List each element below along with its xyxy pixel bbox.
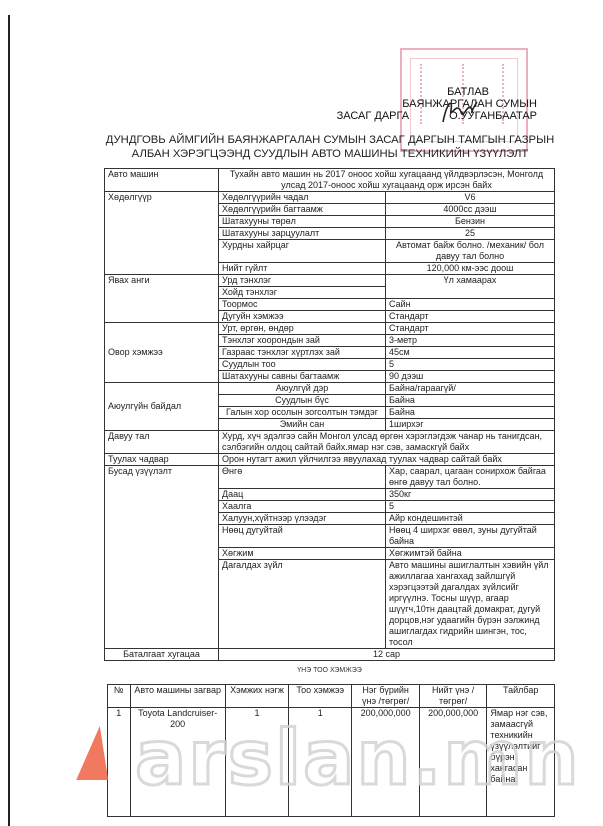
group-label-other: Бусад үзүүлэлт	[105, 466, 219, 649]
spec-value: 350кг	[386, 489, 555, 501]
spec-value: Байна	[386, 407, 555, 419]
spec-value: Нөөц 4 ширхэг өвөл, зуны дугуйтай байна	[386, 525, 555, 548]
column-header: Нэг бүрийн үнэ /төгрөг/	[352, 685, 420, 708]
spec-key: Аюулгүй дэр	[219, 383, 386, 395]
spec-value: 4000сс дээш	[386, 204, 555, 216]
column-header: №	[108, 685, 131, 708]
spec-key: Даац	[219, 489, 386, 501]
spec-value: 90 дээш	[386, 371, 555, 383]
title-line-2: АЛБАН ХЭРЭГЦЭЭНД СУУДЛЫН АВТО МАШИНЫ ТЕХ…	[100, 147, 560, 161]
spec-key: Хөдөлгүүрийн чадал	[219, 192, 386, 204]
row-label: Туулах чадвар	[105, 454, 219, 466]
spec-key: Шатахууны зарцуулалт	[219, 228, 386, 240]
spec-value: 1ширхэг	[386, 419, 555, 431]
row-label: Авто машин	[105, 169, 219, 192]
table-row: Хөдөлгүүр Хөдөлгүүрийн чадал V6	[105, 192, 555, 204]
spec-value: Айр кондешинтэй	[386, 513, 555, 525]
group-label-engine: Хөдөлгүүр	[105, 192, 219, 275]
row-label: Баталгаат хугацаа	[105, 649, 219, 661]
signature-icon	[437, 96, 481, 126]
spec-key: Дагалдах зүйл	[219, 560, 386, 649]
spec-value: Хөгжимтэй байна	[386, 548, 555, 560]
spec-key: Эмийн сан	[219, 419, 386, 431]
page-edge-line	[8, 15, 10, 826]
spec-key: Өнгө	[219, 466, 386, 489]
approval-role: ЗАСАГ ДАРГА	[337, 110, 409, 122]
table-row: Авто машин Тухайн авто машин нь 2017 оно…	[105, 169, 555, 192]
spec-key: Газраас тэнхлэг хүртлэх зай	[219, 347, 386, 359]
table-row: Баталгаат хугацаа 12 сар	[105, 649, 555, 661]
column-header: Тайлбар	[487, 685, 555, 708]
spec-key: Тоормос	[219, 299, 386, 311]
spec-key: Дугуйн хэмжээ	[219, 311, 386, 323]
title-line-1: ДУНДГОВЬ АЙМГИЙН БАЯНЖАРГАЛАН СУМЫН ЗАСА…	[100, 133, 560, 147]
spec-value: 45см	[386, 347, 555, 359]
cell-number: 1	[108, 708, 131, 817]
spec-key: Тэнхлэг хоорондын зай	[219, 335, 386, 347]
row-value: Хурд, хүч эдэлгээ сайн Монгол улсад өргө…	[219, 431, 555, 454]
spec-key: Урт, өргөн, өндөр	[219, 323, 386, 335]
spec-value: Стандарт	[386, 311, 555, 323]
document-title: ДУНДГОВЬ АЙМГИЙН БАЯНЖАРГАЛАН СУМЫН ЗАСА…	[100, 133, 560, 161]
table-row: Бусад үзүүлэлт Өнгө Хар, саарал, цагаан …	[105, 466, 555, 489]
spec-key: Шатахууны төрөл	[219, 216, 386, 228]
spec-value: 3-метр	[386, 335, 555, 347]
watermark-text: arslan.mn	[135, 718, 581, 798]
spec-key: Галын хор осолын зогсолтын тэмдэг	[219, 407, 386, 419]
spec-key: Суудлын тоо	[219, 359, 386, 371]
spec-key: Урд тэнхлэг	[219, 275, 386, 287]
column-header: Хэмжих нэгж	[225, 685, 288, 708]
row-label: Давуу тал	[105, 431, 219, 454]
spec-key: Халуун,хүйтнээр үлээдэг	[219, 513, 386, 525]
price-section-title: ҮНЭ ТОО ХЭМЖЭЭ	[104, 667, 555, 674]
column-header: Авто машины загвар	[130, 685, 225, 708]
spec-key: Хөгжим	[219, 548, 386, 560]
column-header: Нийт үнэ /төгрөг/	[419, 685, 487, 708]
table-row: Туулах чадвар Орон нутагт ажил үйлчилгээ…	[105, 454, 555, 466]
table-row: Давуу тал Хурд, хүч эдэлгээ сайн Монгол …	[105, 431, 555, 454]
spec-value: Хар, саарал, цагаан сонирхож байгаа өнгө…	[386, 466, 555, 489]
spec-value: Байна	[386, 395, 555, 407]
spec-key: Хойд тэнхлэг	[219, 287, 386, 299]
spec-value: Бензин	[386, 216, 555, 228]
spec-value: Үл хамаарах	[386, 275, 555, 299]
spec-table: Авто машин Тухайн авто машин нь 2017 оно…	[104, 168, 555, 661]
spec-value: 25	[386, 228, 555, 240]
spec-key: Шатахууны савны багтаамж	[219, 371, 386, 383]
row-value: Орон нутагт ажил үйлчилгээ явуулахад туу…	[219, 454, 555, 466]
spec-key: Хөдөлгүүрийн багтаамж	[219, 204, 386, 216]
table-row: Аюулгүйн байдал Аюулгүй дэр Байна/гарааг…	[105, 383, 555, 395]
spec-value: 5	[386, 501, 555, 513]
group-label-dimensions: Овор хэмжээ	[105, 323, 219, 383]
spec-value: V6	[386, 192, 555, 204]
table-row: Явах анги Урд тэнхлэг Үл хамаарах	[105, 275, 555, 287]
spec-key: Хаалга	[219, 501, 386, 513]
spec-key: Суудлын бүс	[219, 395, 386, 407]
table-header-row: № Авто машины загвар Хэмжих нэгж Тоо хэм…	[108, 685, 555, 708]
spec-key: Нөөц дугуйтай	[219, 525, 386, 548]
spec-value: 120,000 км-ээс доош	[386, 263, 555, 275]
spec-value: Автомат байж болно. /механик/ бол давуу …	[386, 240, 555, 263]
spec-value: Авто машины ашиглалтын хэвийн үйл ажилла…	[386, 560, 555, 649]
spec-value: Стандарт	[386, 323, 555, 335]
group-label-safety: Аюулгүйн байдал	[105, 383, 219, 431]
group-label-chassis: Явах анги	[105, 275, 219, 323]
spec-value: Байна/гараагүй/	[386, 383, 555, 395]
row-value: Тухайн авто машин нь 2017 оноос хойш хуг…	[219, 169, 555, 192]
spec-key: Нийт гүйлт	[219, 263, 386, 275]
spec-key: Хурдны хайрцаг	[219, 240, 386, 263]
row-value: 12 сар	[219, 649, 555, 661]
table-row: Овор хэмжээ Урт, өргөн, өндөр Стандарт	[105, 323, 555, 335]
spec-value: 5	[386, 359, 555, 371]
column-header: Тоо хэмжээ	[289, 685, 352, 708]
spec-value: Сайн	[386, 299, 555, 311]
